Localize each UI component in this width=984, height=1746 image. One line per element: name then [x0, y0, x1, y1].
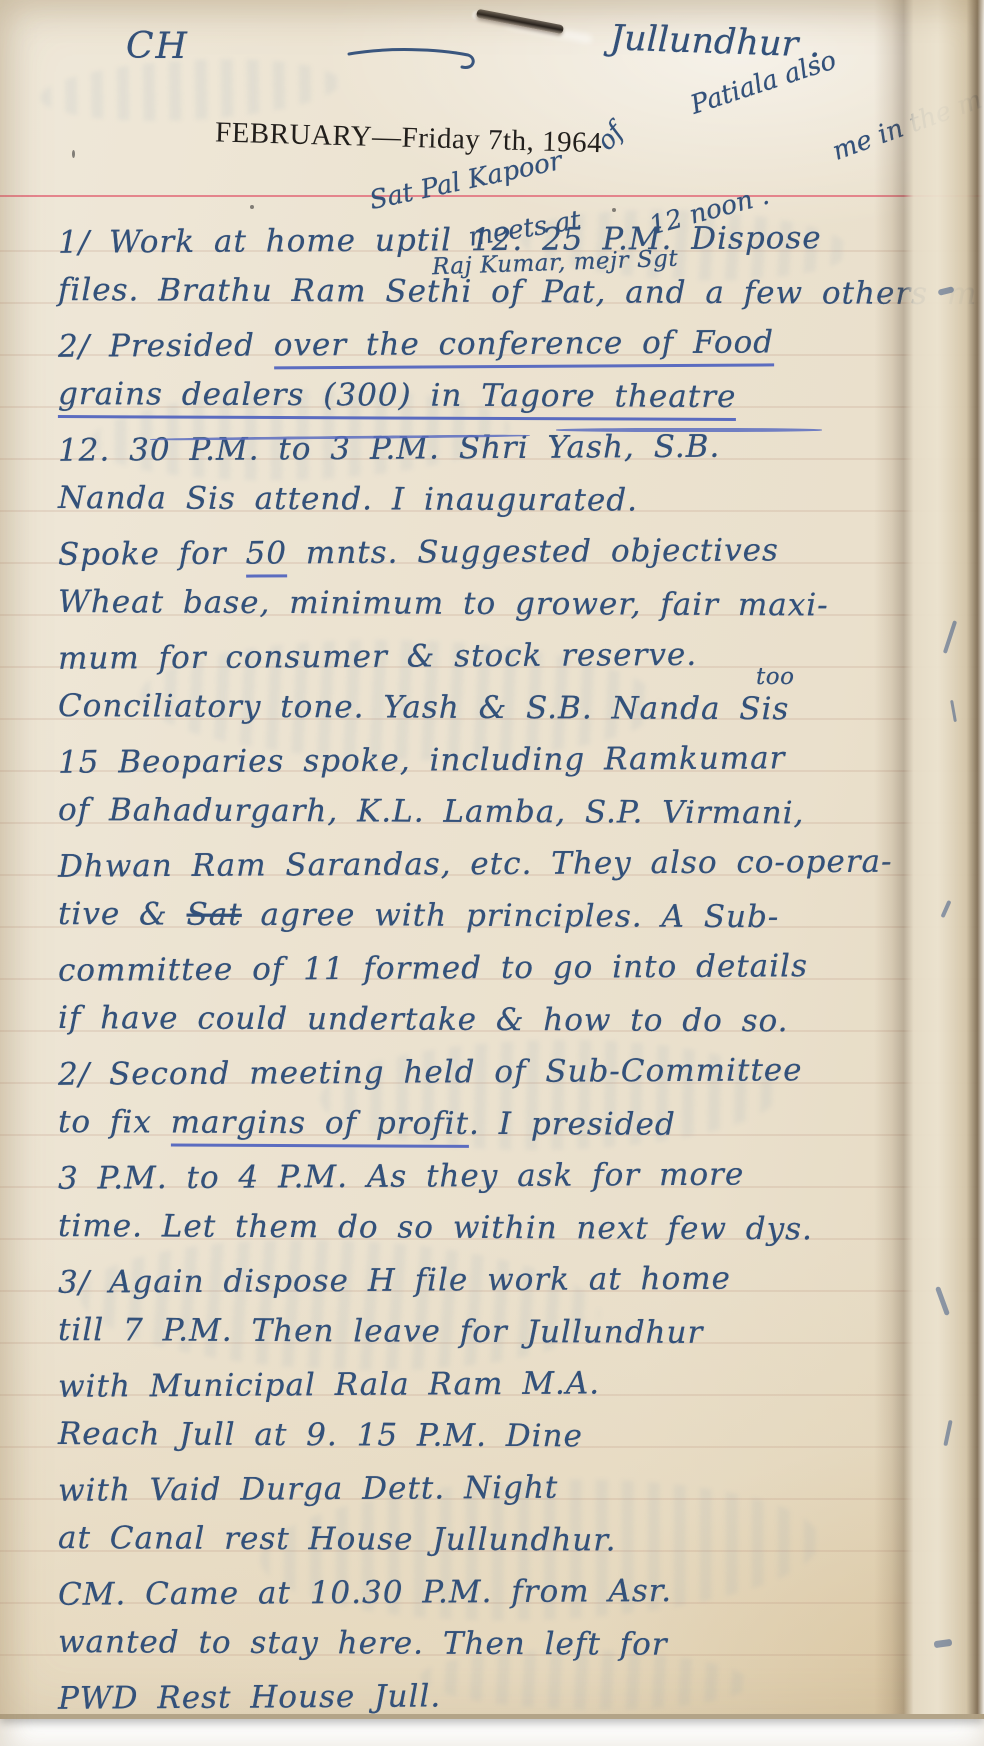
diary-line-text: to fix: [58, 1104, 171, 1140]
diary-line: 3/ Again dispose H file work at home: [58, 1259, 958, 1300]
pen-dash-mark: [346, 42, 481, 80]
diary-line: of Bahadurgarh, K.L. Lamba, S.P. Virmani…: [58, 792, 958, 832]
diary-line-text: Dhwan Ram Sarandas, etc. They also co-op…: [58, 844, 893, 885]
diary-line-text: 2/ Presided: [58, 327, 274, 364]
diary-line-text-struck: Sat: [186, 897, 241, 933]
diary-line: committee of 11 formed to go into detail…: [58, 947, 958, 988]
diary-line: PWD Rest House Jull.: [58, 1675, 958, 1716]
diary-line: tive & Sat agree with principles. A Sub-: [58, 896, 958, 936]
diary-line-text: PWD Rest House Jull.: [58, 1678, 441, 1716]
diary-line-text: 3 P.M. to 4 P.M. As they ask for more: [58, 1157, 744, 1197]
diary-line-text-underlined: 50: [245, 535, 287, 577]
insert-too: too: [756, 664, 794, 690]
diary-line: till 7 P.M. Then leave for Jullundhur: [58, 1312, 958, 1352]
diary-line-text: 3/ Again dispose H file work at home: [58, 1261, 731, 1301]
diary-line-text: Conciliatory tone. Yash & S.B. Nanda Sis: [58, 688, 790, 727]
diary-line: at Canal rest House Jullundhur.: [58, 1520, 958, 1560]
diary-line-text: committee of 11 formed to go into detail…: [58, 948, 808, 989]
diary-line: Nanda Sis attend. I inaugurated.: [58, 480, 958, 520]
diary-line: wanted to stay here. Then left for: [58, 1624, 958, 1664]
diary-line: 3 P.M. to 4 P.M. As they ask for more: [58, 1155, 958, 1196]
diary-line-text: Nanda Sis attend. I inaugurated.: [58, 480, 638, 519]
diary-line-text: with Municipal Rala Ram M.A.: [58, 1365, 600, 1404]
diary-line: Wheat base, minimum to grower, fair maxi…: [58, 584, 958, 624]
diary-line-text: wanted to stay here. Then left for: [58, 1624, 668, 1663]
diary-line-text-underlined: grains dealers (300) in Tagore theatre: [58, 376, 737, 421]
diary-line: time. Let them do so within next few dys…: [58, 1208, 958, 1248]
diary-line: Spoke for 50 mnts. Suggested objectives: [58, 531, 958, 572]
diary-line: Reach Jull at 9. 15 P.M. Dine: [58, 1416, 958, 1456]
diary-line-text-underlined: margins of profit: [171, 1105, 470, 1148]
red-margin-line: [0, 195, 984, 197]
diary-line-text: . I presided: [469, 1106, 676, 1143]
ink-speck: [612, 208, 616, 212]
diary-line-text: 15 Beoparies spoke, including Ramkumar: [58, 740, 786, 780]
diary-line-text: 2/ Second meeting held of Sub-Committee: [58, 1052, 803, 1093]
diary-line: files. Brathu Ram Sethi of Pat, and a fe…: [58, 272, 958, 312]
diary-line-text: till 7 P.M. Then leave for Jullundhur: [58, 1312, 703, 1351]
diary-line-text: with Vaid Durga Dett. Night: [58, 1470, 559, 1509]
diary-line-text: Reach Jull at 9. 15 P.M. Dine: [58, 1416, 583, 1454]
diary-line-text-underlined: over the conference of Food: [274, 324, 775, 369]
diary-line-text: at Canal rest House Jullundhur.: [58, 1520, 617, 1558]
diary-page-scan: FEBRUARY—Friday 7th, 1964 CH Jullundhur …: [0, 0, 984, 1746]
ink-speck: [72, 150, 75, 158]
ink-underline-stroke: [556, 428, 822, 432]
diary-line: grains dealers (300) in Tagore theatre: [58, 376, 958, 416]
diary-line: if have could undertake & how to do so.: [58, 1000, 958, 1040]
diary-line-text: files. Brathu Ram Sethi of Pat, and a fe…: [58, 272, 978, 312]
diary-line-text: Wheat base, minimum to grower, fair maxi…: [58, 584, 829, 623]
diary-line: Dhwan Ram Sarandas, etc. They also co-op…: [58, 843, 958, 884]
diary-line: 15 Beoparies spoke, including Ramkumar: [58, 739, 958, 780]
ink-speck: [250, 205, 254, 209]
diary-line: with Municipal Rala Ram M.A.: [58, 1363, 958, 1404]
diary-line-text: time. Let them do so within next few dys…: [58, 1208, 813, 1247]
diary-line-text: tive &: [58, 896, 187, 933]
diary-line: to fix margins of profit. I presided: [58, 1104, 958, 1144]
diary-line: 2/ Second meeting held of Sub-Committee: [58, 1051, 958, 1092]
diary-line-text: of Bahadurgarh, K.L. Lamba, S.P. Virmani…: [58, 792, 805, 831]
diary-line-text: if have could undertake & how to do so.: [58, 1000, 789, 1039]
corner-initials: CH: [126, 26, 189, 67]
diary-line-text: mum for consumer & stock reserve.: [58, 637, 697, 677]
diary-line: with Vaid Durga Dett. Night: [58, 1467, 958, 1508]
diary-line-text: Spoke for: [58, 536, 246, 573]
diary-line-text: CM. Came at 10.30 P.M. from Asr.: [58, 1573, 672, 1613]
diary-line: mum for consumer & stock reserve.: [58, 635, 958, 676]
paper-fold-edge: [874, 0, 984, 1714]
diary-line-text: mnts. Suggested objectives: [287, 532, 779, 571]
diary-line: CM. Came at 10.30 P.M. from Asr.: [58, 1571, 958, 1612]
diary-line: Conciliatory tone. Yash & S.B. Nanda Sis: [58, 688, 958, 728]
diary-line: 12. 30 P.M. to 3 P.M. Shri Yash, S.B.: [58, 427, 958, 468]
diary-line: 2/ Presided over the conference of Food: [58, 323, 958, 364]
diary-line-text: agree with principles. A Sub-: [242, 897, 780, 935]
